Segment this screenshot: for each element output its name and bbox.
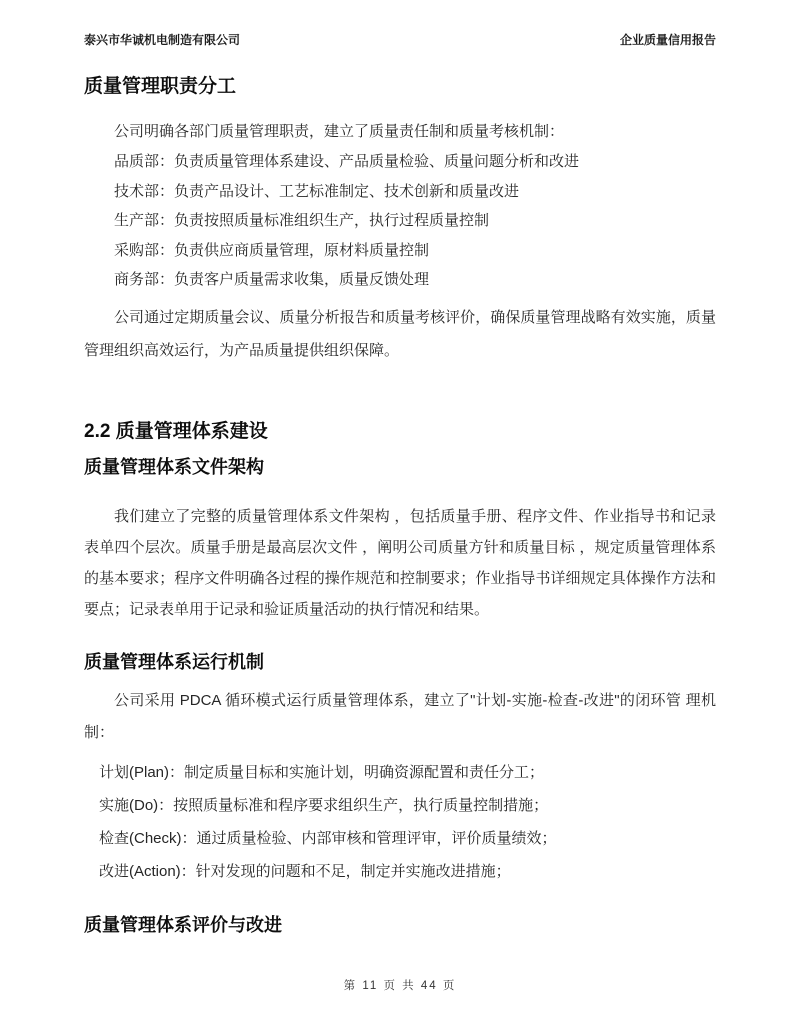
pdca-list: 计划(Plan)：制定质量目标和实施计划，明确资源配置和责任分工； 实施(Do)… xyxy=(84,756,716,888)
department-item: 采购部：负责供应商质量管理，原材料质量控制 xyxy=(114,236,716,266)
pdca-item-plan: 计划(Plan)：制定质量目标和实施计划，明确资源配置和责任分工； xyxy=(99,756,716,789)
header-company-name: 泰兴市华诚机电制造有限公司 xyxy=(84,31,240,48)
page-number-indicator: 第 11 页 共 44 页 xyxy=(0,977,800,993)
report-page: 泰兴市华诚机电制造有限公司 企业质量信用报告 质量管理职责分工 公司明确各部门质… xyxy=(0,0,800,1035)
responsibilities-summary: 公司通过定期质量会议、质量分析报告和质量考核评价，确保质量管理战略有效实施，质量… xyxy=(84,301,716,367)
department-item: 商务部：负责客户质量需求收集，质量反馈处理 xyxy=(114,265,716,295)
architecture-paragraph: 我们建立了完整的质量管理体系文件架构 ，包括质量手册、程序文件、作业指导书和记录… xyxy=(84,501,716,625)
subheading-operation-mechanism: 质量管理体系运行机制 xyxy=(84,649,716,675)
subheading-evaluation-improvement: 质量管理体系评价与改进 xyxy=(84,912,716,938)
department-item: 生产部：负责按照质量标准组织生产，执行过程质量控制 xyxy=(114,206,716,236)
pdca-item-action: 改进(Action)：针对发现的问题和不足，制定并实施改进措施； xyxy=(99,855,716,888)
section-heading-responsibilities: 质量管理职责分工 xyxy=(84,74,716,100)
subheading-document-architecture: 质量管理体系文件架构 xyxy=(84,454,716,480)
department-list: 品质部：负责质量管理体系建设、产品质量检验、质量问题分析和改进 技术部：负责产品… xyxy=(84,147,716,295)
department-item: 品质部：负责质量管理体系建设、产品质量检验、质量问题分析和改进 xyxy=(114,147,716,177)
operation-intro: 公司采用 PDCA 循环模式运行质量管理体系，建立了"计划-实施-检查-改进"的… xyxy=(84,685,716,749)
responsibilities-intro: 公司明确各部门质量管理职责，建立了质量责任制和质量考核机制： xyxy=(84,117,716,147)
pdca-item-do: 实施(Do)：按照质量标准和程序要求组织生产，执行质量控制措施； xyxy=(99,789,716,822)
header-report-title: 企业质量信用报告 xyxy=(620,31,716,48)
pdca-item-check: 检查(Check)：通过质量检验、内部审核和管理评审，评价质量绩效； xyxy=(99,822,716,855)
section-heading-system-construction: 2.2 质量管理体系建设 xyxy=(84,419,716,445)
department-item: 技术部：负责产品设计、工艺标准制定、技术创新和质量改进 xyxy=(114,177,716,207)
page-header: 泰兴市华诚机电制造有限公司 企业质量信用报告 xyxy=(84,31,716,48)
